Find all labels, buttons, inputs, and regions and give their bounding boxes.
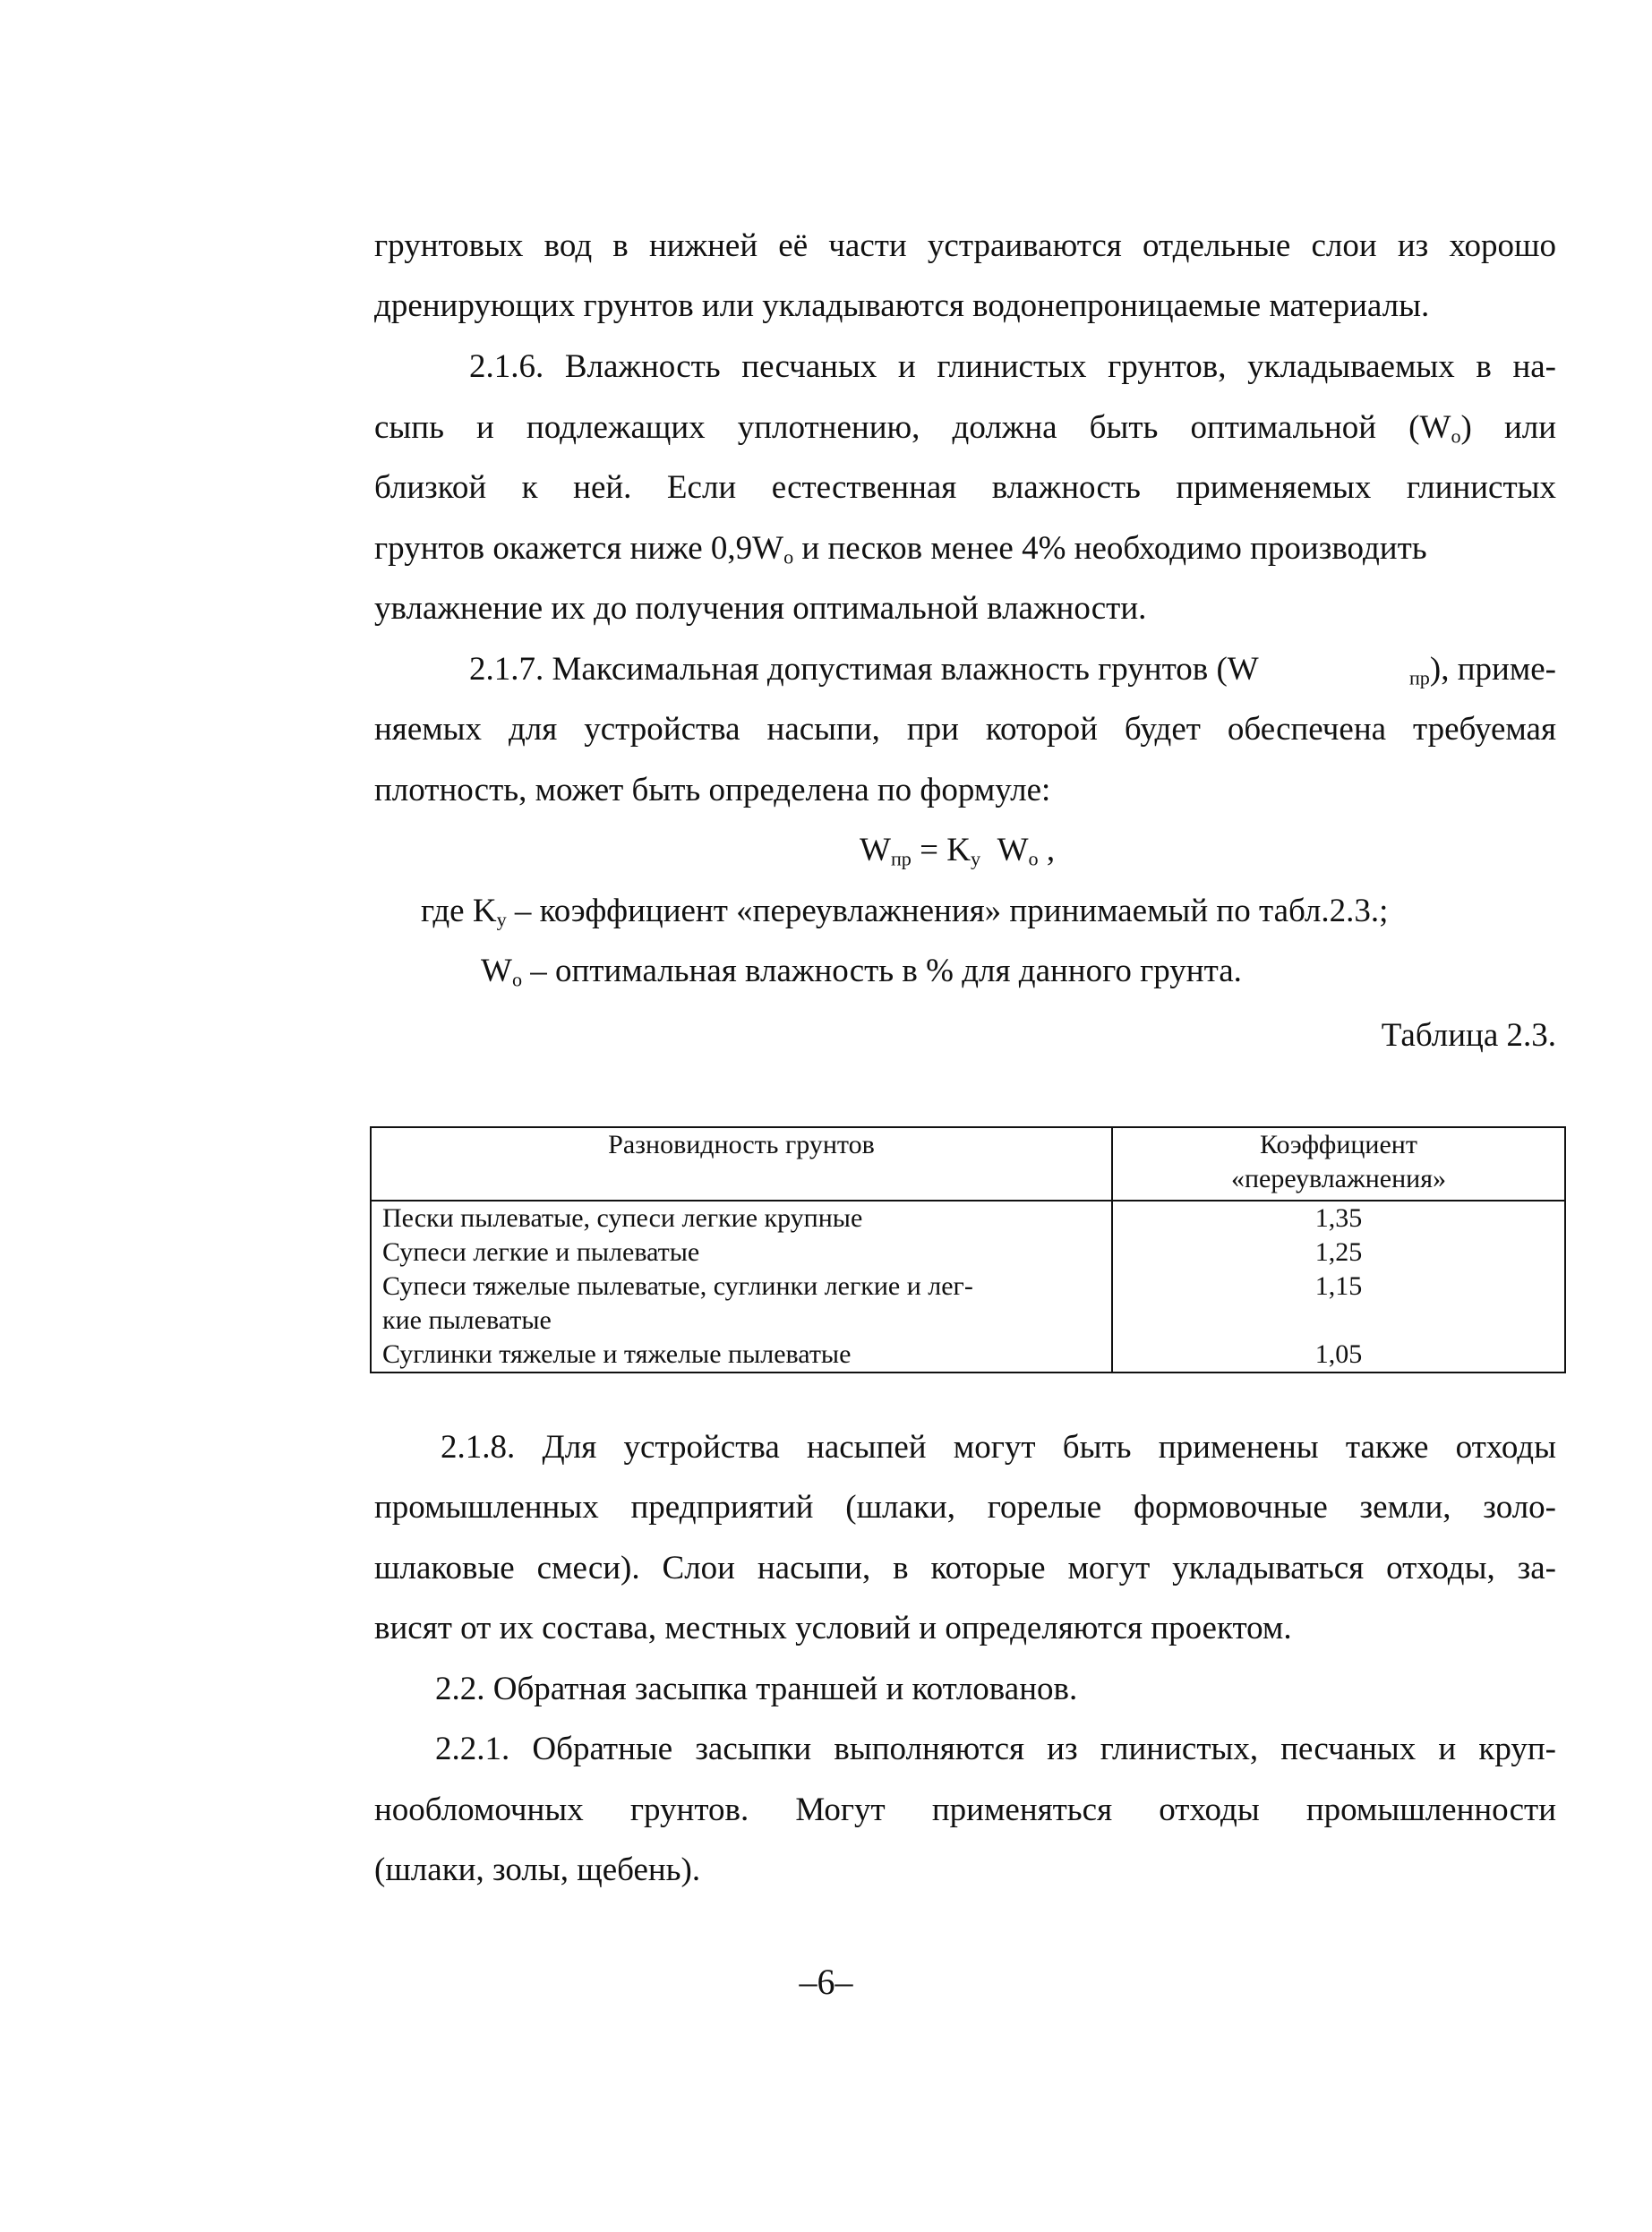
- paragraph-2-1-7-line: плотность, может быть определена по форм…: [374, 771, 1050, 810]
- paragraph-2-1-8-line: висят от их состава, местных условий и о…: [374, 1609, 1292, 1648]
- paragraph-2-1-7-line: няемых для устройства насыпи, при которо…: [374, 710, 1556, 749]
- table-row: Супеси тяжелые пылеватые, суглинки легки…: [371, 1270, 1565, 1338]
- table-cell-coef: 1,15: [1112, 1270, 1565, 1338]
- table-header-soil: Разновидность грунтов: [371, 1127, 1112, 1201]
- table-row: Суглинки тяжелые и тяжелые пылеватые 1,0…: [371, 1338, 1565, 1373]
- table-cell-coef: 1,25: [1112, 1236, 1565, 1270]
- table-row: Супеси легкие и пылеватые 1,25: [371, 1236, 1565, 1270]
- formula-legend-w: Wо – оптимальная влажность в % для данно…: [481, 952, 1242, 991]
- paragraph-2-1-6-line: увлажнение их до получения оптимальной в…: [374, 589, 1146, 629]
- paragraph-2-1-8-line: 2.1.8. Для устройства насыпей могут быть…: [441, 1428, 1556, 1467]
- table-cell-coef: 1,35: [1112, 1201, 1565, 1236]
- paragraph-2-1-7-line: пр), приме-: [469, 650, 1556, 689]
- text-span: ) или: [1461, 409, 1556, 446]
- table-cell-soil: Суглинки тяжелые и тяжелые пылеватые: [371, 1338, 1112, 1373]
- paragraph-2-1-6-line: грунтов окажется ниже 0,9Wo и песков мен…: [374, 529, 1556, 569]
- paragraph-line: грунтовых вод в нижней её части устраива…: [374, 227, 1556, 266]
- table-cell-soil: Супеси тяжелые пылеватые, суглинки легки…: [371, 1270, 1112, 1338]
- text-span: сыпь и подлежащих уплотнению, должна быт…: [374, 409, 1451, 446]
- subscript: o: [1451, 425, 1460, 448]
- formula-legend-k: где Kу – коэффициент «переувлажнения» пр…: [421, 892, 1388, 931]
- paragraph-line: дренирующих грунтов или укладываются вод…: [374, 286, 1429, 326]
- subscript: пр: [1409, 667, 1430, 689]
- text-span: грунтов окажется ниже 0,9Wo и песков мен…: [374, 529, 1427, 569]
- table-row: Пески пылеватые, супеси легкие крупные 1…: [371, 1201, 1565, 1236]
- table-cell-coef: 1,05: [1112, 1338, 1565, 1373]
- paragraph-2-2-1-line: 2.2.1. Обратные засыпки выполняются из г…: [435, 1730, 1556, 1769]
- paragraph-2-2-1-line: нообломочных грунтов. Могут применяться …: [374, 1791, 1556, 1830]
- paragraph-2-1-8-line: промышленных предприятий (шлаки, горелые…: [374, 1488, 1556, 1527]
- paragraph-2-1-6-line: сыпь и подлежащих уплотнению, должна быт…: [374, 408, 1556, 448]
- paragraph-2-1-8-line: шлаковые смеси). Слои насыпи, в которые …: [374, 1549, 1556, 1588]
- table-header-row: Разновидность грунтов Коэффициент «переу…: [371, 1127, 1565, 1201]
- table-cell-soil: Пески пылеватые, супеси легкие крупные: [371, 1201, 1112, 1236]
- paragraph-2-1-6-line: близкой к ней. Если естественная влажнос…: [374, 468, 1556, 508]
- formula: Wпр = Kу Wо ,: [860, 831, 1055, 870]
- paragraph-2-2-1-line: (шлаки, золы, щебень).: [374, 1851, 700, 1890]
- text-span: ), приме-: [1430, 651, 1556, 688]
- table-caption: Таблица 2.3.: [1343, 1016, 1556, 1056]
- section-heading-2-2: 2.2. Обратная засыпка траншей и котлован…: [435, 1670, 1077, 1709]
- table-header-coef: Коэффициент «переувлажнения»: [1112, 1127, 1565, 1201]
- table-cell-soil: Супеси легкие и пылеватые: [371, 1236, 1112, 1270]
- coefficient-table: Разновидность грунтов Коэффициент «переу…: [370, 1126, 1566, 1373]
- page-number: –6–: [0, 1961, 1652, 2003]
- paragraph-2-1-6-line: 2.1.6. Влажность песчаных и глинистых гр…: [469, 347, 1556, 387]
